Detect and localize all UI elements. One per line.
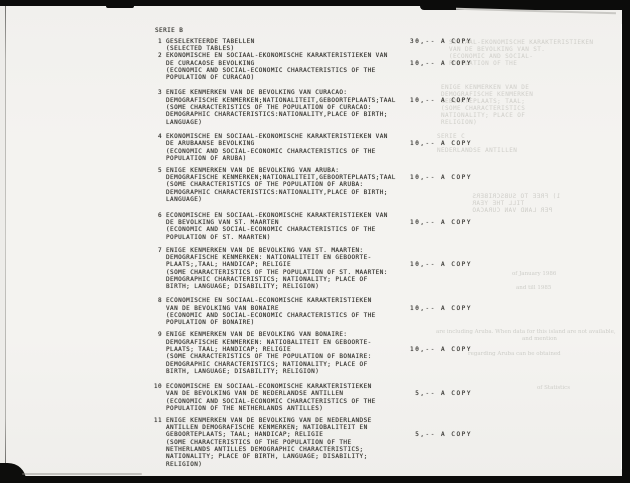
item-text-line: BIRTH, LANGUAGE; DISABILITY; RELIGION)	[166, 368, 472, 375]
item-price: 10,-- A COPY	[410, 305, 472, 312]
item-number: 8	[158, 297, 162, 304]
item-number: 3	[158, 89, 162, 96]
catalog-item: 4EKONOMISCHE EN SOCIAAL-EKONOMISCHE KARA…	[166, 133, 472, 162]
item-text-line: POPULATION OF BONAIRE)	[166, 319, 472, 326]
item-title-line: ECONOMISCHE EN SOCIAAL-EKONOMISCHE KARAK…	[166, 212, 472, 219]
catalog-item: 1GESELEKTEERDE TABELLEN(SELECTED TABLES)…	[166, 38, 472, 53]
item-text-line: DEMOGRAFISCHE KENMERKEN: NATIOBALITEIT E…	[166, 339, 472, 346]
item-price: 10,-- A COPY	[410, 174, 472, 181]
scan-edge-right	[622, 0, 630, 483]
catalog-item: 8ECONOMISCHE EN SOCIAAL-ECONOMISCHE KARA…	[166, 297, 472, 326]
item-number: 4	[158, 133, 162, 140]
item-text-line: LANGUAGE)	[166, 119, 472, 126]
item-text-line: (SELECTED TABLES)	[166, 45, 472, 52]
item-price: 10,-- A COPY	[410, 219, 472, 226]
item-text-line: (SOME CHARACTERISTICS OF THE POPULATION …	[166, 439, 472, 446]
catalog-item: 3ENIGE KENMERKEN VAN DE BEVOLKING VAN CU…	[166, 89, 472, 126]
catalog-item: 7ENIGE KENMERKEN VAN DE BEVOLKING VAN ST…	[166, 247, 472, 291]
item-title-line: ENIGE KENMERKEN VAN DE BEVOLKING VAN ST.…	[166, 247, 472, 254]
item-text-line: NATIONALITY; PLACE OF BIRTH, LANGUAGE; D…	[166, 453, 472, 460]
item-price: 5,-- A COPY	[415, 431, 472, 438]
item-title-line: ECONOMISCHE EN SOCIAAL-ECONOMISCHE KARAK…	[166, 383, 472, 390]
catalog-item: 11ENIGE KENMERKEN VAN DE BEVOLKING VAN D…	[166, 417, 472, 468]
item-number: 7	[158, 247, 162, 254]
item-text-line: POPULATION OF ST. MAARTEN)	[166, 234, 472, 241]
series-header: SERIE B	[155, 27, 183, 34]
item-text-line: (ECONOMIC AND SOCIAL-ECONOMIC CHARACTERI…	[166, 226, 472, 233]
item-text-line: RELIGION)	[166, 461, 472, 468]
item-number: 6	[158, 212, 162, 219]
item-text-line: (SOME CHARACTERISTICS OF THE POPULATION …	[166, 104, 472, 111]
item-text-line: DEMOGRAFISCHE KENMERKEN: NATIONALITEIT E…	[166, 254, 472, 261]
catalog-item: 5ENIGE KENMERKEN VAN DE BEVOLKING VAN AR…	[166, 167, 472, 204]
item-title-line: ENIGE KENMERKEN VAN DE BEVOLKING VAN DE …	[166, 417, 472, 424]
typewritten-content: SERIE B 1GESELEKTEERDE TABELLEN(SELECTED…	[0, 0, 630, 483]
scan-edge-notch	[106, 6, 134, 8]
item-price: 10,-- A COPY	[410, 140, 472, 147]
item-number: 11	[154, 417, 162, 424]
item-text-line: POPULATION OF THE NETHERLANDS ANTILLES)	[166, 405, 472, 412]
catalog-item: 6ECONOMISCHE EN SOCIAAL-EKONOMISCHE KARA…	[166, 212, 472, 241]
item-text-line: POPULATION OF ARUBA)	[166, 155, 472, 162]
item-text-line: (ECONOMIC AND SOCIAL-ECONOMIC CHARACTERI…	[166, 67, 472, 74]
item-title-line: ENIGE KENMERKEN VAN DE BEVOLKING VAN ARU…	[166, 167, 472, 174]
item-price: 10,-- A COPY	[410, 60, 472, 67]
item-price: 10,-- A COPY	[410, 346, 472, 353]
item-text-line: (ECONOMIC AND SOCIAL-ECONOMIC CHARACTERI…	[166, 312, 472, 319]
item-number: 5	[158, 167, 162, 174]
item-number: 10	[154, 383, 162, 390]
scan-edge-bottom	[0, 476, 630, 483]
item-text-line: POPULATION OF CURACAO)	[166, 74, 472, 81]
item-number: 1	[158, 38, 162, 45]
item-text-line: DEMOGRAPHIC CHARACTERISTICS:NATIONALITY,…	[166, 189, 472, 196]
item-text-line: (ECONOMIC AND SOCIAL-ECONOMIC CHARACTERI…	[166, 398, 472, 405]
catalog-item: 2EKONOMISCHE EN SOCIAAL-EKONOMISCHE KARA…	[166, 52, 472, 81]
item-text-line: (SOME CHARACTERISTICS OF THE POPULATION …	[166, 269, 472, 276]
item-price: 10,-- A COPY	[410, 261, 472, 268]
catalog-item: 9ENIGE KENMERKEN VAN DE BEVOLKING VAN BO…	[166, 331, 472, 375]
item-title-line: ECONOMISCHE EN SOCIAAL-ECONOMISCHE KARAK…	[166, 297, 472, 304]
item-text-line: DEMOGRAPHIC CHARACTERISTICS:NATIONALITY,…	[166, 111, 472, 118]
item-text-line: ANTILLEN DEMOGRAFISCHE KENMERKEN; NATIOB…	[166, 424, 472, 431]
item-title-line: EKONOMISCHE EN SOCIAAL-EKONOMISCHE KARAK…	[166, 52, 472, 59]
item-text-line: BIRTH; LANGUAGE; DISABILITY; RELIGION)	[166, 283, 472, 290]
item-number: 2	[158, 52, 162, 59]
item-text-line: DEMOGRAPHIC CHARACTERISTICS; NATIONALITY…	[166, 276, 472, 283]
scanned-book-page: SOCIAAL-EKONOMISCHE KARAKTERISTIEKENVAN …	[0, 0, 630, 483]
binding-shadow-smear	[22, 473, 142, 476]
item-text-line: NETHERLANDS ANTILLES DEMOGRAPHIC CHARACT…	[166, 446, 472, 453]
item-text-line: (SOME CHARACTERISTICS OF THE POPULATION …	[166, 353, 472, 360]
item-price: 5,-- A COPY	[415, 390, 472, 397]
item-price: 30,-- A COPY	[410, 38, 472, 45]
item-price: 10,-- A COPY	[410, 97, 472, 104]
item-title-line: ENIGE KENMERKEN VAN DE BEVOLKING VAN BON…	[166, 331, 472, 338]
item-text-line: DEMOGRAPHIC CHARACTERISTICS; NATIONALITY…	[166, 361, 472, 368]
scan-edge-top-right	[420, 0, 630, 10]
item-text-line: (ECONOMIC AND SOCIAL-ECONOMIC CHARACTERI…	[166, 148, 472, 155]
item-number: 9	[158, 331, 162, 338]
item-text-line: LANGUAGE)	[166, 196, 472, 203]
item-text-line: (SOME CHARACTERISTICS OF THE POPULATION …	[166, 181, 472, 188]
page-fore-edge-highlight	[621, 24, 623, 469]
item-title-line: ENIGE KENMERKEN VAN DE BEVOLKING VAN CUR…	[166, 89, 472, 96]
item-title-line: EKONOMISCHE EN SOCIAAL-EKONOMISCHE KARAK…	[166, 133, 472, 140]
catalog-item: 10ECONOMISCHE EN SOCIAAL-ECONOMISCHE KAR…	[166, 383, 472, 412]
